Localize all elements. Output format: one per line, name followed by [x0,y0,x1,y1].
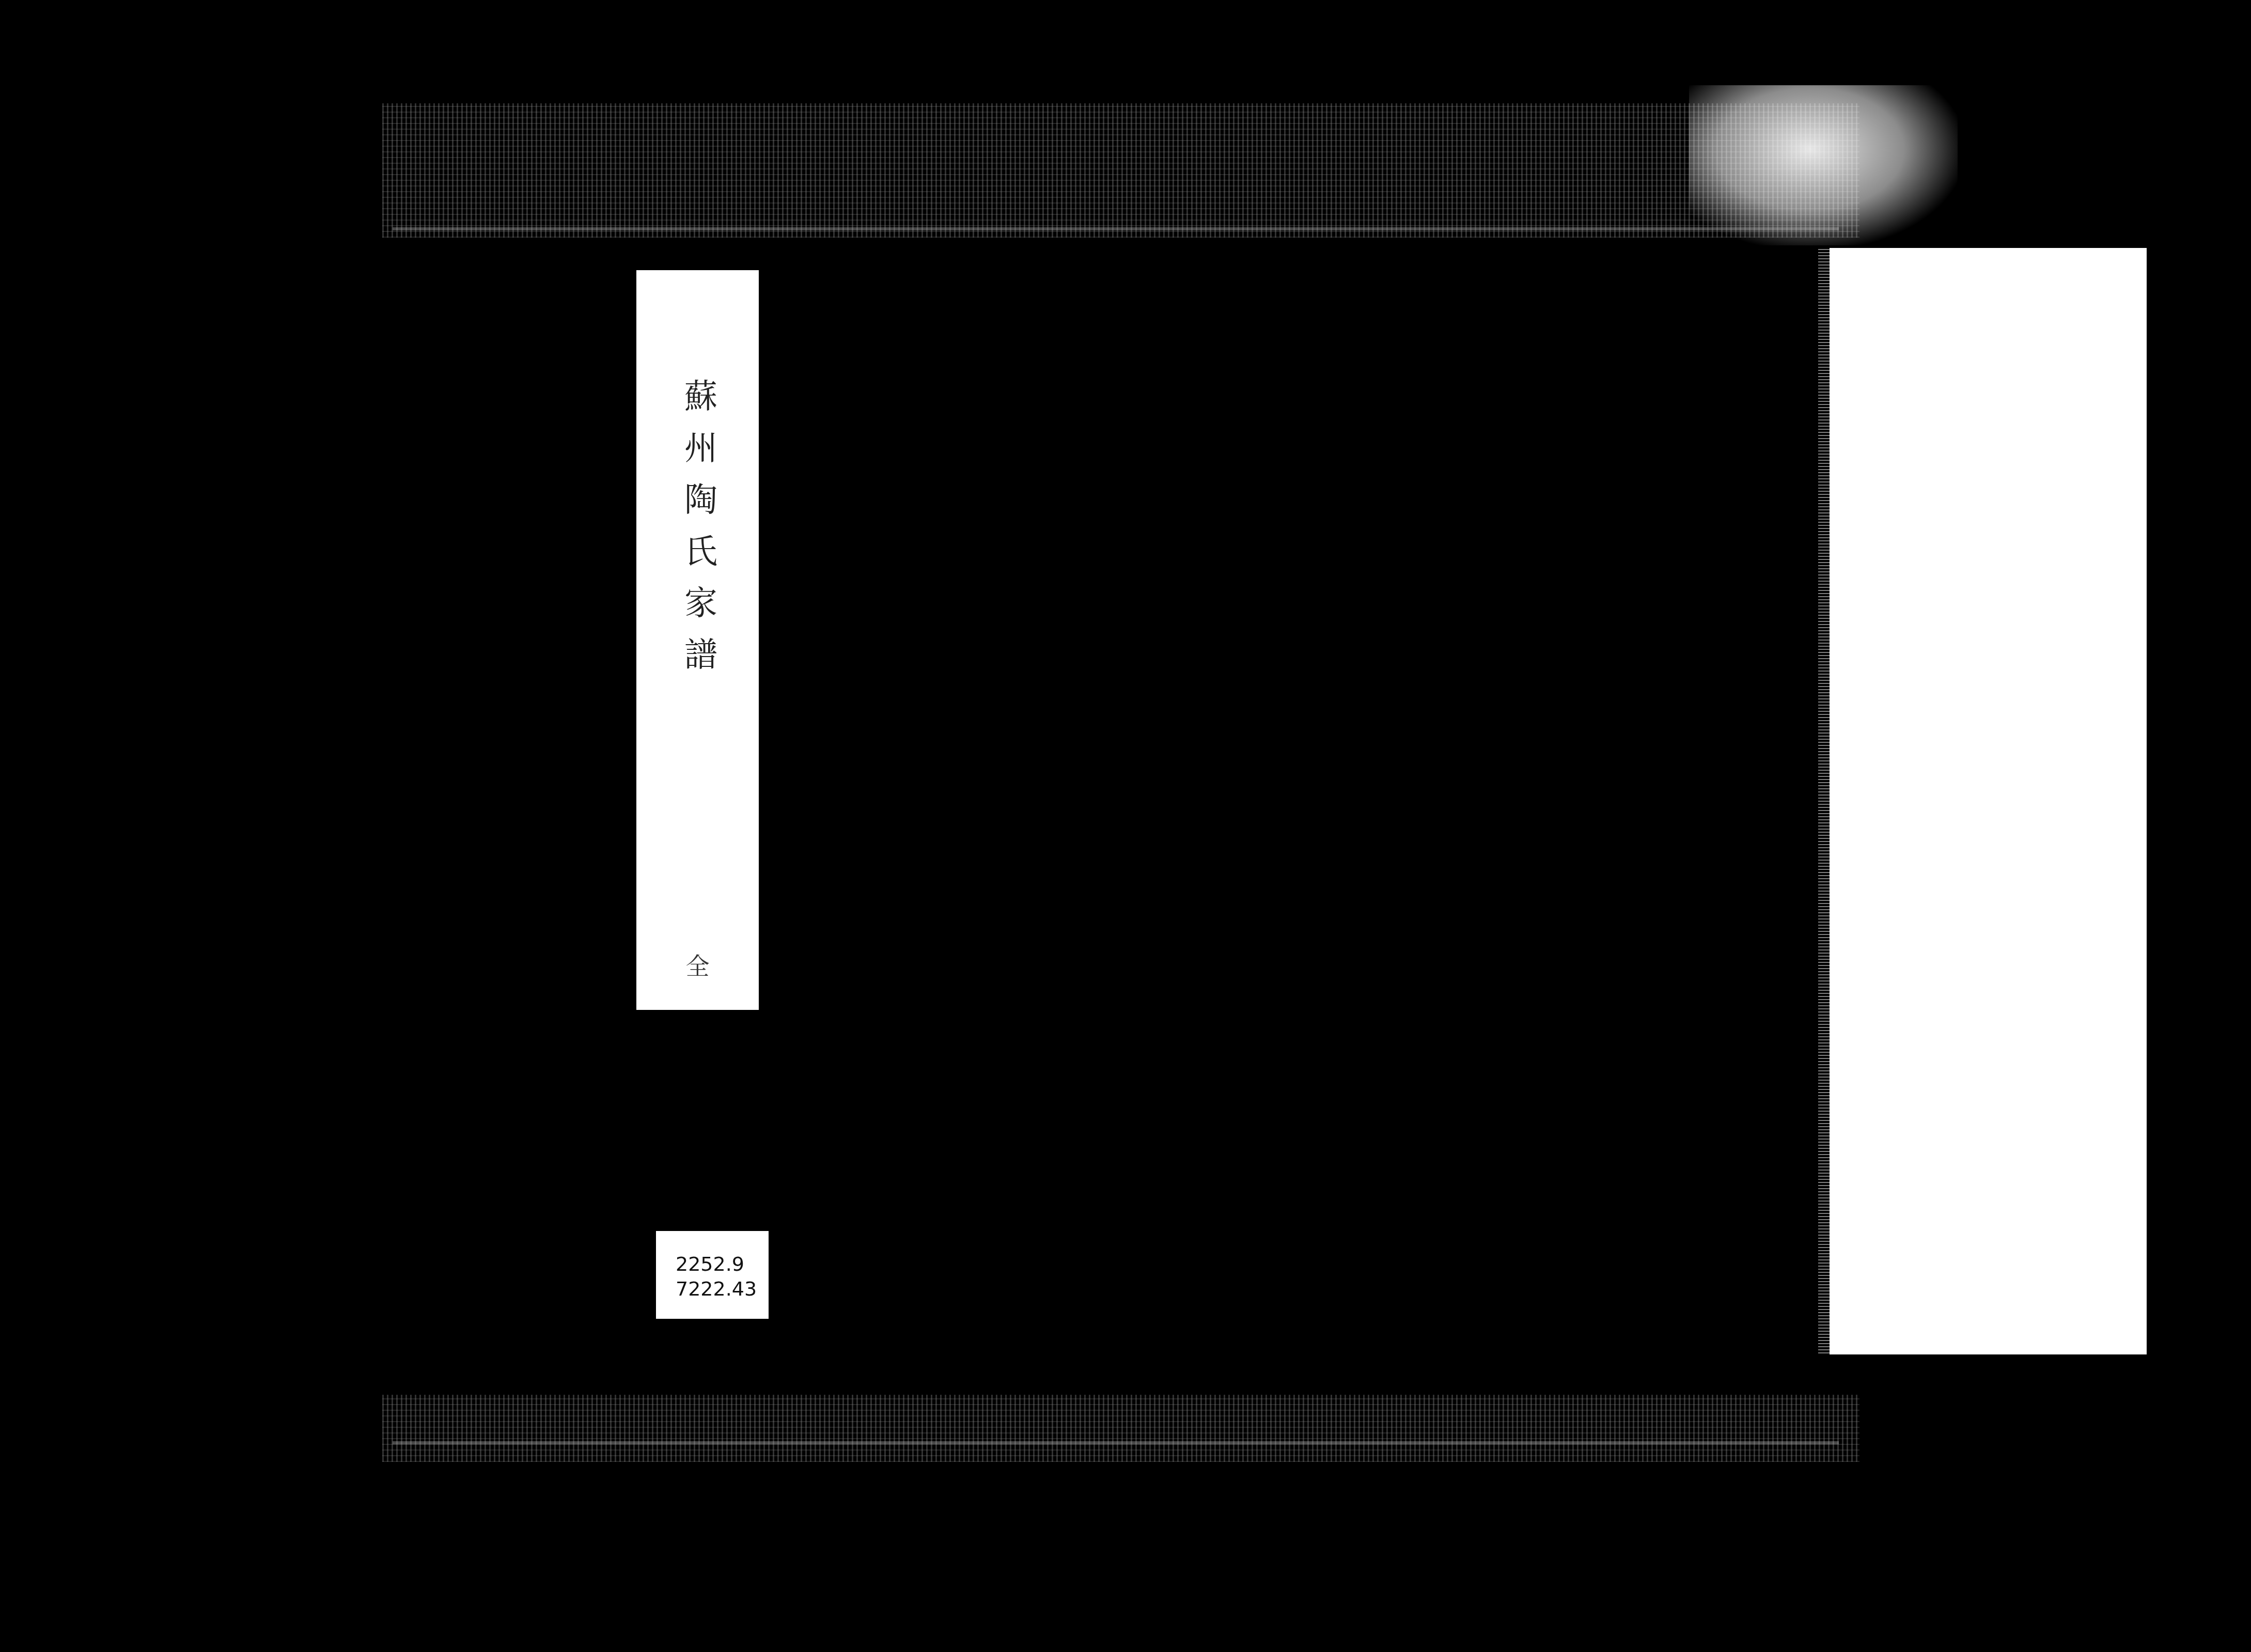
volume-mark: 全 [636,947,759,981]
light-glare [1689,85,1958,245]
call-number-label: 2252.9 7222.43 [656,1231,769,1319]
blank-white-panel [1830,248,2147,1354]
scan-image: 蘇州陶氏家譜 全 2252.9 7222.43 [0,0,2251,1652]
cover-edge-top [393,227,1839,230]
call-number-line-1: 2252.9 [656,1252,769,1276]
cover-texture-bottom [382,1395,1859,1462]
call-number-line-2: 7222.43 [656,1276,769,1301]
title-slip: 蘇州陶氏家譜 全 [636,270,759,1010]
book-title: 蘇州陶氏家譜 [636,301,759,766]
cover-texture-top [382,103,1859,238]
panel-edge-noise [1818,248,1831,1353]
cover-edge-bottom [393,1441,1839,1444]
